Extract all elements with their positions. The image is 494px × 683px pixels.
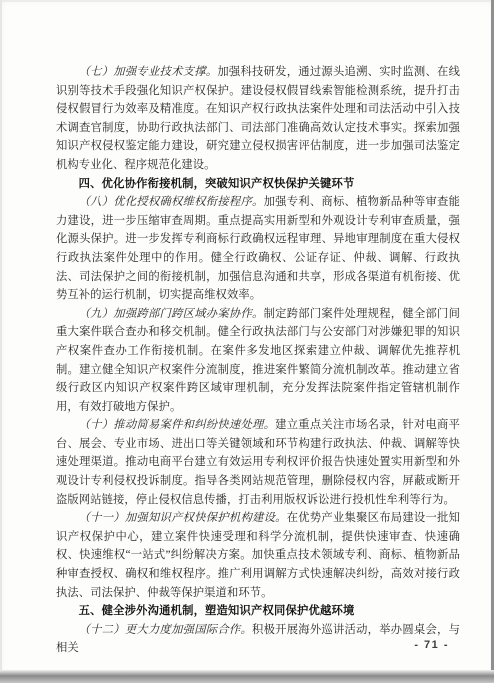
page-number: - 71 - xyxy=(414,639,449,651)
paragraph-text: 五、健全涉外沟通机制，塑造知识产权同保护优越环境 xyxy=(79,605,355,617)
paragraph: （九）加强跨部门跨区域办案协作。制定跨部门案件处理规程，健全部门间重大案件联合查… xyxy=(56,305,460,417)
paragraph-lead: （十二）更大力度加强国际合作。 xyxy=(79,624,252,636)
paragraph-text: 建立重点关注市场名录，针对电商平台、展会、专业市场、进出口等关键领域和环节构建行… xyxy=(56,419,460,505)
scan-edge-left xyxy=(0,0,2,683)
scan-edge-bottom xyxy=(0,670,494,683)
paragraph: （十）推动简易案件和纠纷快速处理。建立重点关注市场名录，针对电商平台、展会、专业… xyxy=(56,416,460,509)
scanned-page: （七）加强专业技术支撑。加强科技研发，通过源头追溯、实时监测、在线识别等技术手段… xyxy=(0,0,494,683)
paragraph-text: 加强科技研发，通过源头追溯、实时监测、在线识别等技术手段强化知识产权保护。建设侵… xyxy=(56,66,460,171)
paragraph: （十二）更大力度加强国际合作。积极开展海外巡讲活动，举办圆桌会，与相关 xyxy=(56,621,460,658)
paragraph-lead: （七）加强专业技术支撑。 xyxy=(79,66,218,78)
scan-edge-top xyxy=(0,0,494,2)
paragraph-lead: （九）加强跨部门跨区域办案协作。 xyxy=(79,308,264,320)
paragraph: （八）优化授权确权维权衔接程序。加强专利、商标、植物新品种等审查能力建设，进一步… xyxy=(56,193,460,305)
document-body: （七）加强专业技术支撑。加强科技研发，通过源头追溯、实时监测、在线识别等技术手段… xyxy=(56,63,460,658)
paragraph: 四、优化协作衔接机制，突破知识产权快保护关键环节 xyxy=(56,175,460,194)
paragraph-text: 制定跨部门案件处理规程，健全部门间重大案件联合查办和移交机制。健全行政执法部门与… xyxy=(56,308,460,413)
paragraph-lead: （十一）加强知识产权快保护机构建设。 xyxy=(79,512,287,524)
paragraph-lead: （十）推动简易案件和纠纷快速处理。 xyxy=(79,419,276,431)
paragraph: （七）加强专业技术支撑。加强科技研发，通过源头追溯、实时监测、在线识别等技术手段… xyxy=(56,63,460,175)
paragraph-text: 加强专利、商标、植物新品种等审查能力建设，进一步压缩审查周期。重点提高实用新型和… xyxy=(56,196,460,301)
paragraph-lead: （八）优化授权确权维权衔接程序。 xyxy=(79,196,264,208)
paragraph: （十一）加强知识产权快保护机构建设。在优势产业集聚区布局建设一批知识产权保护中心… xyxy=(56,509,460,602)
paragraph-text: 在优势产业集聚区布局建设一批知识产权保护中心，建立案件快速受理和科学分流机制，提… xyxy=(56,512,460,598)
paragraph: 五、健全涉外沟通机制，塑造知识产权同保护优越环境 xyxy=(56,602,460,621)
paragraph-text: 四、优化协作衔接机制，突破知识产权快保护关键环节 xyxy=(79,178,355,190)
